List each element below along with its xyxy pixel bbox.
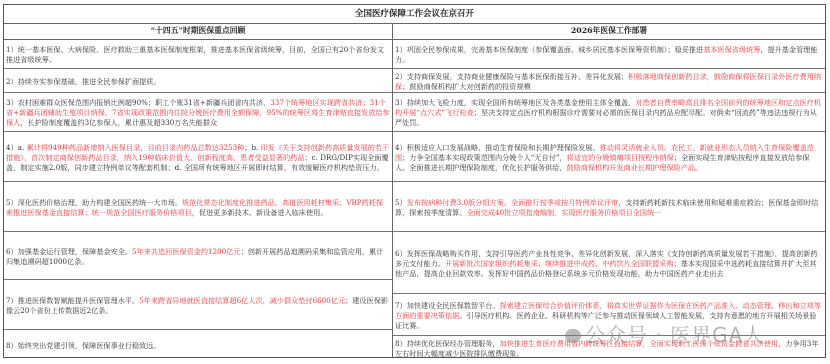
row-text: 4）a. 累计将949种药品新增纳入医保目录，目前目录内药品总数达3253种；b…: [6, 143, 390, 173]
table-row: 8）始终突出党建引领，保障医保事业行稳致远。: [4, 330, 392, 360]
highlighted-text: 鼓励商保机构开发商业长期护理保险产品: [566, 163, 695, 172]
plain-text: 6）加强基金运行管理，保障基金安全。: [6, 247, 132, 256]
plain-text: 8）持续优化医保经办管理服务，: [395, 339, 500, 348]
plain-text: 4）积极适应人口发展战略，推动生育保险和长期护理保险发展。: [395, 143, 600, 152]
row-text: 7）推进医保数智赋能提升医保管理水平。5年来跨省异地就医直接结算超6亿人次，减少…: [6, 296, 390, 316]
plain-text: 3）持续加大飞检力度，实现全国所有统筹地区及各类基金使用主体全覆盖，: [395, 98, 635, 107]
row-text: 1）巩固全民参保成果，完善基本医保制度（参保覆盖面、城乡居民基本医保筹资机制）；…: [395, 45, 823, 65]
highlighted-text: 发布按病种付费3.0版分组方案。全面推行按季或按月特例单议评审: [407, 198, 618, 207]
table-row: 6）发挥医保战略购买作用，支持引导医药产业良性竞争、差异化创新发展，深入落实《支…: [393, 232, 825, 294]
review-column: “十四五”时期医保重点回顾 1）统一基本医保、大病保险、医疗救助三重基本医保制度…: [4, 23, 393, 357]
highlighted-text: 5年来跨省异地就医直接结算超6亿人次，减少群众垫付6600亿元: [139, 296, 345, 305]
review-column-header: “十四五”时期医保重点回顾: [4, 23, 392, 40]
plain-text: 2）持续夯实参保基础，推进全民参保扩面提质。: [6, 77, 161, 86]
row-text: 1）统一基本医保、大病保险、医疗救助三重基本医保制度框架，推进基本医保省级统筹，…: [6, 45, 390, 65]
plain-text: 1）统一基本医保、大病保险、医疗救助三重基本医保制度框架，推进基本医保省级统筹，…: [6, 45, 384, 64]
plain-text: 3）农村困难群众医保范围内报销比例超90%；职工个账31省+新疆兵团省内共济，: [6, 98, 270, 107]
plan-column: 2026年医保工作部署 1）巩固全民参保成果，完善基本医保制度（参保覆盖面、城乡…: [393, 23, 825, 357]
plain-text: ，促进更多新技术、新设备进入临床使用。: [192, 208, 328, 217]
row-text: 4）积极适应人口发展战略，推动生育保险和长期护理保险发展。推动将灵活就业人员、农…: [395, 143, 823, 173]
row-text: 8）始终突出党建引领，保障医保事业行稳致远。: [6, 341, 390, 351]
table-row: 5）发布按病种付费3.0版分组方案。全面推行按季或按月特例单议评审，支持新药耗新…: [393, 182, 825, 232]
review-rows: 1）统一基本医保、大病保险、医疗救助三重基本医保制度框架，推进基本医保省级统筹，…: [4, 40, 392, 360]
table-row: 2）支持商保发展，支持商业健康保险与基本医保衔接互补、差异化发展；积极落地商保创…: [393, 69, 825, 93]
wechat-icon: [565, 329, 581, 343]
table-row: 2）持续夯实参保基础，推进全民参保扩面提质。: [4, 69, 392, 93]
policy-comparison-table: 全国医疗保障工作会议在京召开 “十四五”时期医保重点回顾 1）统一基本医保、大病…: [3, 4, 826, 358]
table-row: 1）统一基本医保、大病保险、医疗救助三重基本医保制度框架，推进基本医保省级统筹，…: [4, 40, 392, 69]
table-row: 4）a. 累计将949种药品新增纳入医保目录，目前目录内药品总数达3253种；b…: [4, 132, 392, 182]
plain-text: 8）始终突出党建引领，保障医保事业行稳致远。: [6, 341, 161, 350]
plain-text: 4）a.: [6, 143, 27, 152]
row-text: 2）持续夯实参保基础，推进全民参保扩面提质。: [6, 77, 390, 87]
highlighted-text: 5年来共追回医保资金约1200亿元: [132, 247, 241, 256]
plain-text: 5）: [395, 198, 407, 207]
plain-text: 。: [695, 163, 702, 172]
watermark: 公众号 · 医界GA人: [565, 319, 764, 348]
plain-text: 1）巩固全民参保成果，完善基本医保制度（参保覆盖面、城乡居民基本医保筹资机制）；…: [395, 45, 703, 54]
plain-text: ；b.: [244, 143, 260, 152]
table-row: 4）积极适应人口发展战略，推动生育保险和长期护理保险发展。推动将灵活就业人员、农…: [393, 132, 825, 182]
row-text: 6）发挥医保战略购买作用，支持引导医药产业良性竞争、差异化创新发展，深入落实《支…: [395, 249, 823, 279]
table-row: 5）深化医药价格治理，助力构建全国医药统一大市场。规范化常态化制度化推进药品、高…: [4, 182, 392, 232]
row-text: 5）深化医药价格治理，助力构建全国医药统一大市场。规范化常态化制度化推进药品、高…: [6, 198, 390, 218]
highlighted-text: 基本医保省级统筹: [703, 45, 760, 54]
plain-text: 7）推进医保数智赋能提升医保管理水平。: [6, 296, 139, 305]
highlighted-text: 累计将949种药品新增纳入医保目录，目前目录内药品总数达3253种: [27, 143, 245, 152]
row-text: 5）发布按病种付费3.0版分组方案。全面推行按季或按月特例单议评审，支持新药耗新…: [395, 198, 823, 218]
plain-text: ；鼓励商保机构扩大对创新药的投资规模: [402, 82, 531, 91]
table-row: 3）持续加大飞检力度，实现全国所有统筹地区及各类基金使用主体全覆盖，对患者自费率…: [393, 93, 825, 132]
plain-text: 2）支持商保发展，支持商业健康保险与基本医保衔接互补、差异化发展；: [395, 72, 628, 81]
plain-text: ，长护险制度覆盖约3亿参保人，累计惠及超330万名失能群众: [20, 118, 217, 127]
row-text: 3）持续加大飞检力度，实现全国所有统筹地区及各类基金使用主体全覆盖，对患者自费率…: [395, 98, 823, 128]
highlighted-text: 开展新批次国家组织药耗集采；继续推进中成药、中药饮片全国联盟采购: [445, 259, 674, 268]
table-row: 7）推进医保数智赋能提升医保管理水平。5年来跨省异地就医直接结算超6亿人次，减少…: [4, 280, 392, 330]
row-text: 3）农村困难群众医保范围内报销比例超90%；职工个账31省+新疆兵团省内共济，3…: [6, 98, 390, 128]
highlighted-text: 将适宜的分娩镇痛项目按程序纳保: [567, 153, 674, 162]
table-row: 6）加强基金运行管理，保障基金安全。5年来共追回医保资金约1200亿元；创新开展…: [4, 232, 392, 280]
row-text: 6）加强基金运行管理，保障基金安全。5年来共追回医保资金约1200亿元；创新开展…: [6, 247, 390, 267]
highlighted-text: 全面完成40批立项指南编制，实现医疗服务价格项目全国统一: [466, 208, 661, 217]
table-title: 全国医疗保障工作会议在京召开: [4, 5, 825, 24]
plan-column-header: 2026年医保工作部署: [393, 23, 825, 40]
plain-text: ；力争全国基本实现政策范围内分娩个人“无自付”，: [402, 153, 567, 162]
plan-rows: 1）巩固全民参保成果，完善基本医保制度（参保覆盖面、城乡居民基本医保筹资机制）；…: [393, 40, 825, 360]
table-row: 1）巩固全民参保成果，完善基本医保制度（参保覆盖面、城乡居民基本医保筹资机制）；…: [393, 40, 825, 69]
watermark-text: 公众号 · 医界GA人: [585, 323, 764, 347]
row-text: 2）支持商保发展，支持商业健康保险与基本医保衔接互补、差异化发展；积极落地商保创…: [395, 72, 823, 92]
table-row: 3）农村困难群众医保范围内报销比例超90%；职工个账31省+新疆兵团省内共济，3…: [4, 93, 392, 132]
plain-text: 7）加快建设全民医保数智平台。: [395, 301, 500, 310]
plain-text: 5）深化医药价格治理，助力构建全国医药统一大市场。: [6, 198, 182, 207]
